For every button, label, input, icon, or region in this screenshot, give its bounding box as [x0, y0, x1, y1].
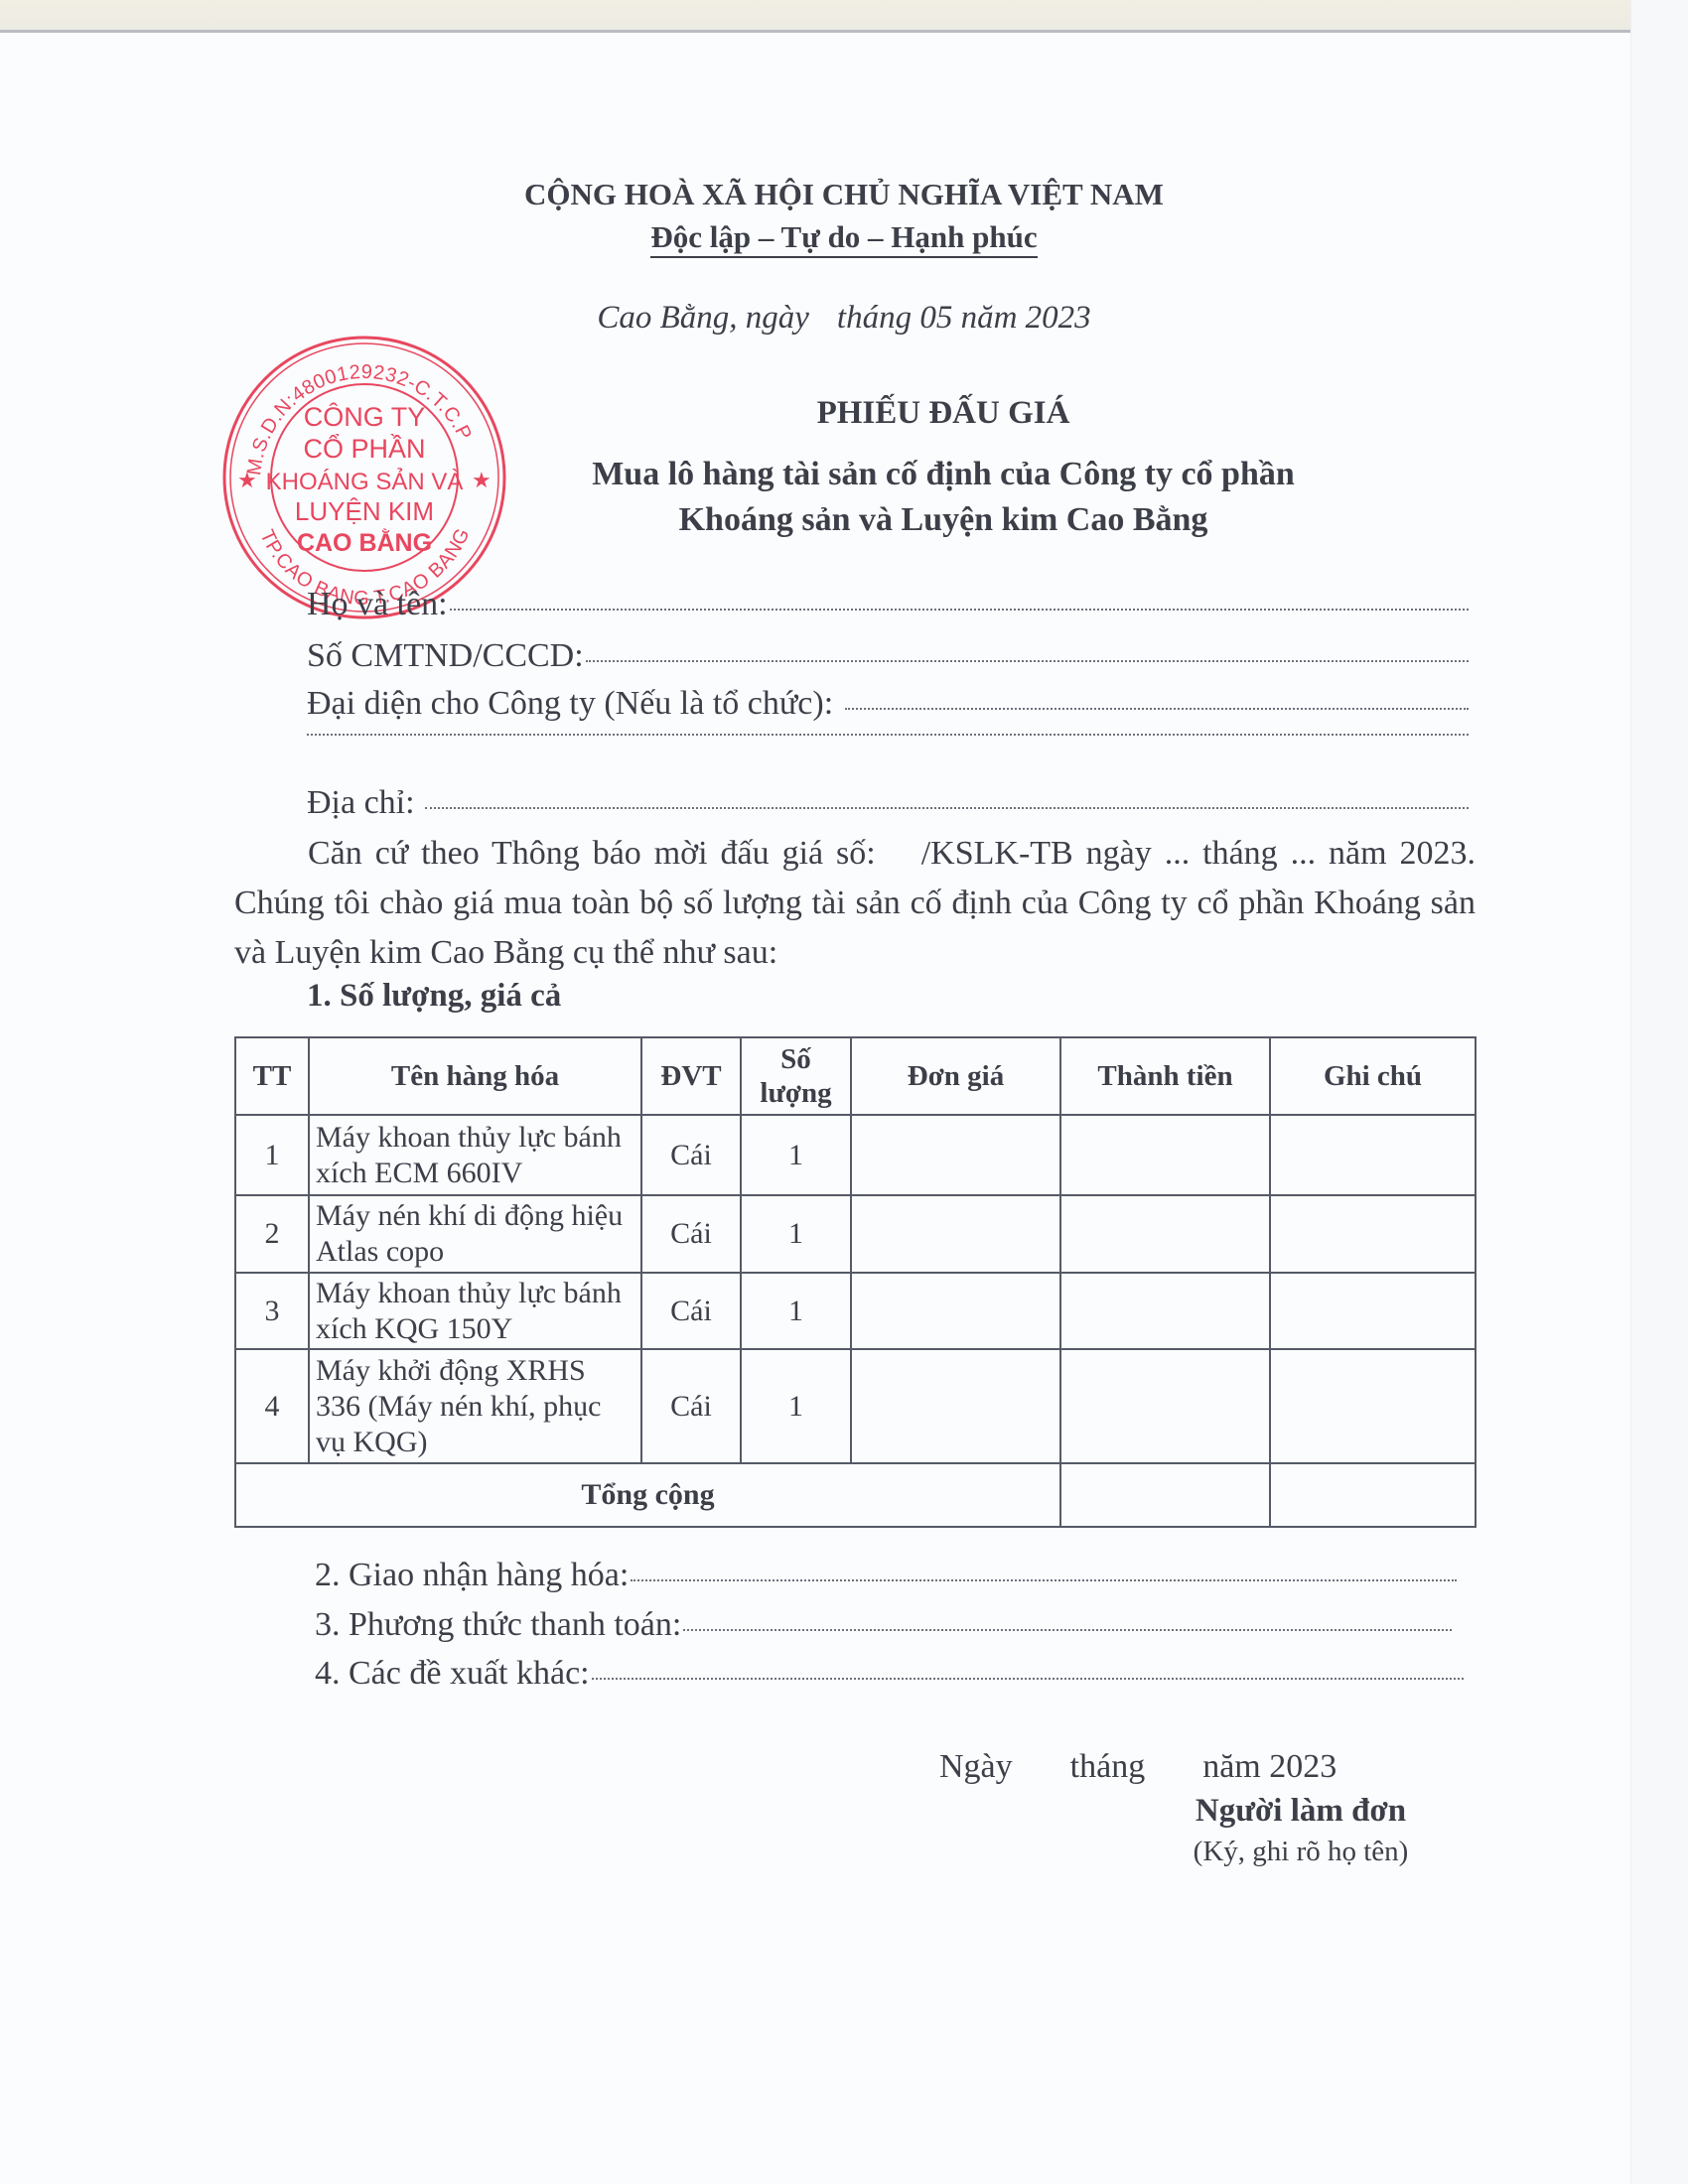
- place-date-suffix: tháng 05 năm 2023: [837, 300, 1091, 336]
- representative-continued-field[interactable]: [307, 737, 1469, 740]
- row-tt: 3: [235, 1273, 309, 1349]
- stamp-star-left-icon: ★: [237, 468, 257, 492]
- delivery-field[interactable]: 2. Giao nhận hàng hóa:: [315, 1557, 1457, 1594]
- place-date-prefix: Cao Bằng, ngày: [597, 300, 809, 336]
- row-qty: 1: [741, 1349, 851, 1463]
- other-proposals-label: 4. Các đề xuất khác:: [315, 1655, 590, 1693]
- row-note-cell[interactable]: [1270, 1349, 1476, 1463]
- header-tt: TT: [235, 1037, 309, 1115]
- row-tt: 1: [235, 1115, 309, 1195]
- full-name-label: Họ và tên:: [307, 586, 448, 623]
- row-unit: Cái: [641, 1273, 741, 1349]
- other-proposals-field[interactable]: 4. Các đề xuất khác:: [315, 1655, 1464, 1693]
- sum-note-cell[interactable]: [1270, 1463, 1476, 1527]
- delivery-input[interactable]: [631, 1579, 1457, 1581]
- table-row: 2 Máy nén khí di động hiệu Atlas copo Cá…: [235, 1195, 1476, 1273]
- scan-edge-top: [0, 0, 1688, 33]
- row-price-cell[interactable]: [851, 1349, 1060, 1463]
- motto-text: Độc lập – Tự do – Hạnh phúc: [650, 219, 1037, 258]
- representative-label: Đại diện cho Công ty (Nếu là tổ chức):: [307, 685, 833, 723]
- row-price-cell[interactable]: [851, 1273, 1060, 1349]
- representative-field[interactable]: Đại diện cho Công ty (Nếu là tổ chức):: [307, 685, 1469, 723]
- header-qty: Số lượng: [741, 1037, 851, 1115]
- header-price: Đơn giá: [851, 1037, 1060, 1115]
- stamp-line1: CÔNG TY: [304, 401, 426, 432]
- signature-year-label: năm 2023: [1202, 1748, 1336, 1785]
- delivery-label: 2. Giao nhận hàng hóa:: [315, 1557, 629, 1594]
- id-number-input[interactable]: [586, 659, 1469, 662]
- table-header-row: TT Tên hàng hóa ĐVT Số lượng Đơn giá Thà…: [235, 1037, 1476, 1115]
- row-unit: Cái: [641, 1349, 741, 1463]
- full-name-field[interactable]: Họ và tên:: [307, 586, 1469, 623]
- row-name: Máy khoan thủy lực bánh xích KQG 150Y: [309, 1273, 641, 1349]
- section-1-heading: 1. Số lượng, giá cả: [307, 978, 561, 1015]
- nation-heading: CỘNG HOÀ XÃ HỘI CHỦ NGHĨA VIỆT NAM: [0, 177, 1688, 212]
- id-number-field[interactable]: Số CMTND/CCCD:: [307, 637, 1469, 675]
- basis-paragraph: Căn cứ theo Thông báo mời đấu giá số:/KS…: [234, 829, 1476, 978]
- row-name: Máy nén khí di động hiệu Atlas copo: [309, 1195, 641, 1273]
- place-date: Cao Bằng, ngàytháng 05 năm 2023: [0, 300, 1688, 337]
- row-qty: 1: [741, 1195, 851, 1273]
- stamp-line5: CAO BẰNG: [297, 528, 432, 557]
- signature-note: (Ký, ghi rõ họ tên): [1003, 1836, 1599, 1868]
- company-stamp: M.S.D.N:4800129232-C.T.C.P TP.CAO BANG T…: [220, 334, 508, 621]
- row-unit: Cái: [641, 1195, 741, 1273]
- items-table: TT Tên hàng hóa ĐVT Số lượng Đơn giá Thà…: [234, 1036, 1477, 1528]
- document-subtitle-line1: Mua lô hàng tài sản cố định của Công ty …: [477, 456, 1410, 493]
- address-input[interactable]: [425, 806, 1469, 809]
- signature-date: Ngàythángnăm 2023: [939, 1748, 1336, 1786]
- row-unit: Cái: [641, 1115, 741, 1195]
- table-sum-row: Tổng cộng: [235, 1463, 1476, 1527]
- sum-total-cell[interactable]: [1060, 1463, 1270, 1527]
- basis-paragraph-part1: Căn cứ theo Thông báo mời đấu giá số:: [308, 835, 876, 872]
- row-note-cell[interactable]: [1270, 1115, 1476, 1195]
- table-row: 3 Máy khoan thủy lực bánh xích KQG 150Y …: [235, 1273, 1476, 1349]
- payment-input[interactable]: [683, 1629, 1452, 1631]
- table-row: 4 Máy khởi động XRHS 336 (Máy nén khí, p…: [235, 1349, 1476, 1463]
- representative-input[interactable]: [845, 707, 1469, 710]
- row-tt: 4: [235, 1349, 309, 1463]
- other-proposals-input[interactable]: [592, 1678, 1464, 1680]
- payment-label: 3. Phương thức thanh toán:: [315, 1606, 681, 1644]
- row-total-cell[interactable]: [1060, 1273, 1270, 1349]
- representative-continued-input[interactable]: [307, 733, 1469, 736]
- address-label: Địa chỉ:: [307, 784, 415, 822]
- row-note-cell[interactable]: [1270, 1273, 1476, 1349]
- row-total-cell[interactable]: [1060, 1195, 1270, 1273]
- full-name-input[interactable]: [450, 608, 1469, 611]
- payment-field[interactable]: 3. Phương thức thanh toán:: [315, 1606, 1452, 1644]
- id-number-label: Số CMTND/CCCD:: [307, 637, 584, 675]
- signature-title: Người làm đơn: [1003, 1793, 1599, 1830]
- row-name: Máy khởi động XRHS 336 (Máy nén khí, phụ…: [309, 1349, 641, 1463]
- row-total-cell[interactable]: [1060, 1115, 1270, 1195]
- signature-day-label: Ngày: [939, 1748, 1013, 1785]
- document-subtitle-line2: Khoáng sản và Luyện kim Cao Bằng: [477, 501, 1410, 539]
- row-tt: 2: [235, 1195, 309, 1273]
- row-note-cell[interactable]: [1270, 1195, 1476, 1273]
- row-price-cell[interactable]: [851, 1115, 1060, 1195]
- table-row: 1 Máy khoan thủy lực bánh xích ECM 660IV…: [235, 1115, 1476, 1195]
- address-field[interactable]: Địa chỉ:: [307, 784, 1469, 822]
- row-qty: 1: [741, 1273, 851, 1349]
- header-note: Ghi chú: [1270, 1037, 1476, 1115]
- document-title: PHIẾU ĐẤU GIÁ: [496, 395, 1390, 432]
- header-total: Thành tiền: [1060, 1037, 1270, 1115]
- row-total-cell[interactable]: [1060, 1349, 1270, 1463]
- row-qty: 1: [741, 1115, 851, 1195]
- signature-month-label: tháng: [1070, 1748, 1146, 1785]
- header-unit: ĐVT: [641, 1037, 741, 1115]
- motto-heading: Độc lập – Tự do – Hạnh phúc: [0, 219, 1688, 255]
- row-price-cell[interactable]: [851, 1195, 1060, 1273]
- stamp-line3: KHOÁNG SẢN VÀ: [266, 467, 464, 495]
- stamp-line4: LUYỆN KIM: [295, 496, 434, 526]
- stamp-line2: CỔ PHẦN: [303, 433, 425, 464]
- row-name: Máy khoan thủy lực bánh xích ECM 660IV: [309, 1115, 641, 1195]
- sum-label: Tổng cộng: [235, 1463, 1060, 1527]
- header-name: Tên hàng hóa: [309, 1037, 641, 1115]
